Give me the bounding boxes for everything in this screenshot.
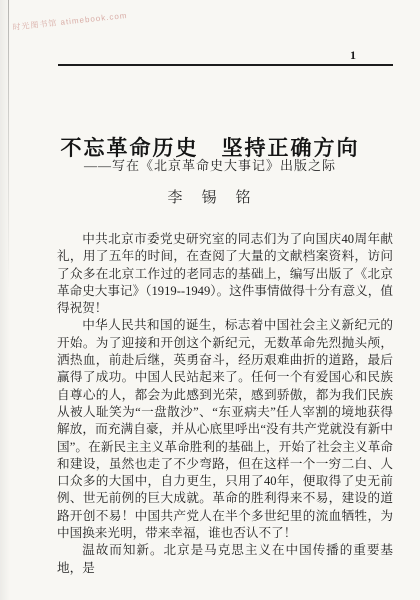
paragraph-1: 中共北京市委党史研究室的同志们为了向国庆40周年献礼，用了五年的时间，在查阅了大… [57, 231, 393, 317]
author-name: 李 锡 铭 [0, 186, 420, 207]
scanned-book-page: 时光图书馆 atimebook.com 1 不忘革命历史 坚持正确方向 ——写在… [0, 0, 420, 600]
library-watermark: 时光图书馆 atimebook.com [12, 10, 128, 33]
paragraph-2: 中华人民共和国的诞生，标志着中国社会主义新纪元的开始。为了迎接和开创这个新纪元，… [57, 317, 393, 542]
article-body: 中共北京市委党史研究室的同志们为了向国庆40周年献礼，用了五年的时间，在查阅了大… [57, 231, 393, 577]
page-number: 1 [350, 48, 356, 63]
article-subtitle: ——写在《北京革命史大事记》出版之际 [0, 155, 420, 174]
paragraph-3: 温故而知新。北京是马克思主义在中国传播的重要基地，是 [57, 542, 393, 577]
header-rule [58, 64, 393, 66]
